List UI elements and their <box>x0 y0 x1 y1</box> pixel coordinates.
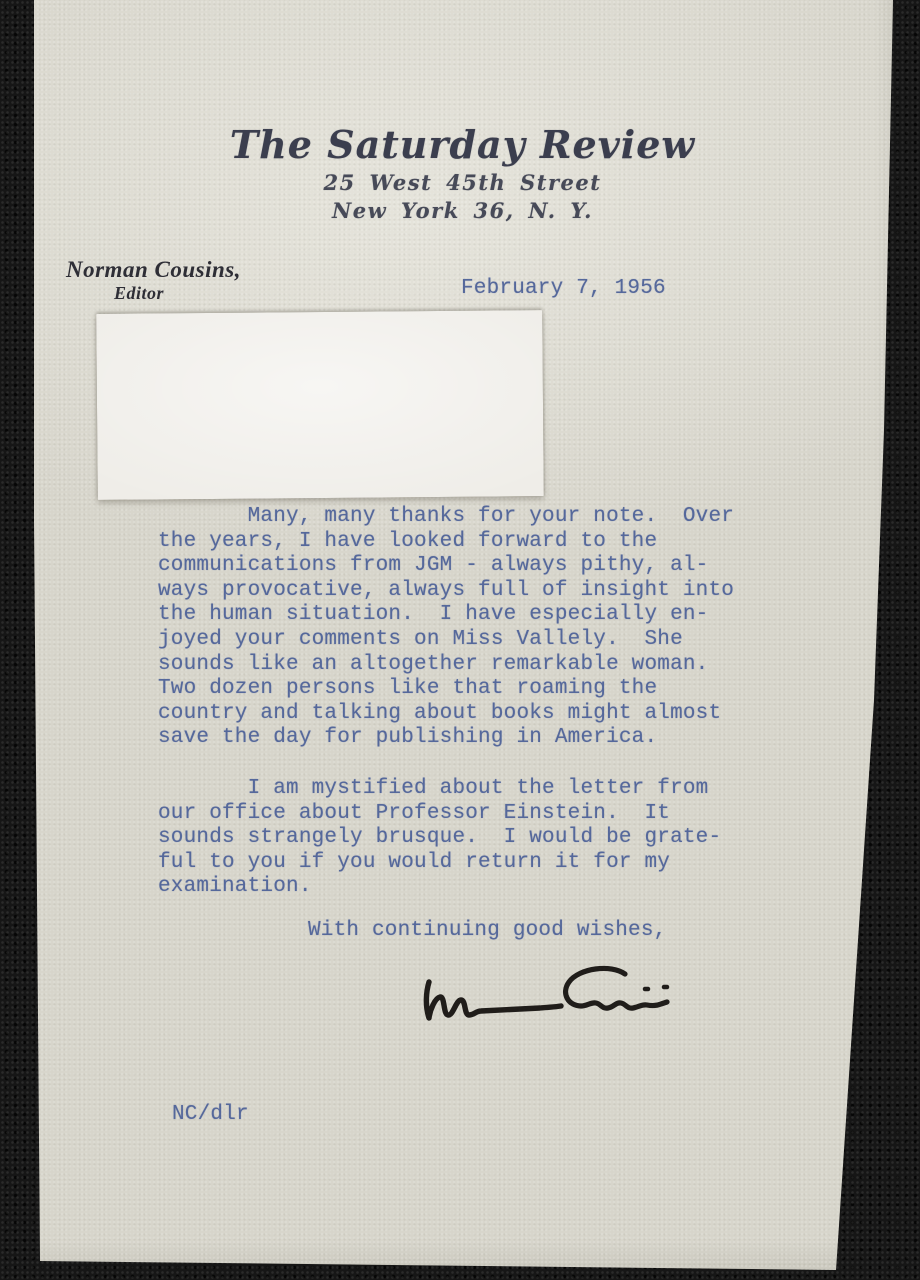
typed-line: sounds like an altogether remarkable wom… <box>158 653 734 678</box>
signature-norman-cousins <box>415 962 670 1037</box>
typed-line: examination. <box>158 875 721 900</box>
typed-line: ways provocative, always full of insight… <box>158 579 734 604</box>
typist-initials: NC/dlr <box>172 1104 249 1125</box>
typed-line: Two dozen persons like that roaming the <box>158 677 734 702</box>
letter-paper: The Saturday Review 25 West 45th Street … <box>0 0 920 1280</box>
typed-line: joyed your comments on Miss Vallely. She <box>158 628 734 653</box>
typed-line: ful to you if you would return it for my <box>158 851 721 876</box>
typed-line: I am mystified about the letter from <box>158 777 721 802</box>
letter-date: February 7, 1956 <box>461 278 666 299</box>
letterhead-title: The Saturday Review <box>35 126 890 164</box>
letterhead-address-street: 25 West 45th Street <box>35 172 890 193</box>
typed-line: the years, I have looked forward to the <box>158 530 734 555</box>
typed-line: our office about Professor Einstein. It <box>158 802 721 827</box>
typed-line: save the day for publishing in America. <box>158 726 734 751</box>
photo-background: The Saturday Review 25 West 45th Street … <box>0 0 920 1280</box>
closing-line: With continuing good wishes, <box>308 920 666 941</box>
body-paragraph-2: I am mystified about the letter from our… <box>158 777 721 900</box>
address-cover-slip <box>96 310 544 500</box>
typed-line: sounds strangely brusque. I would be gra… <box>158 826 721 851</box>
body-paragraph-1: Many, many thanks for your note. Over th… <box>158 505 734 751</box>
sender-title: Editor <box>114 284 164 302</box>
typed-line: communications from JGM - always pithy, … <box>158 554 734 579</box>
typed-line: the human situation. I have especially e… <box>158 603 734 628</box>
sender-name: Norman Cousins, <box>66 258 241 281</box>
typed-line: country and talking about books might al… <box>158 702 734 727</box>
typed-line: Many, many thanks for your note. Over <box>158 505 734 530</box>
letterhead-address-city: New York 36, N. Y. <box>35 200 890 221</box>
